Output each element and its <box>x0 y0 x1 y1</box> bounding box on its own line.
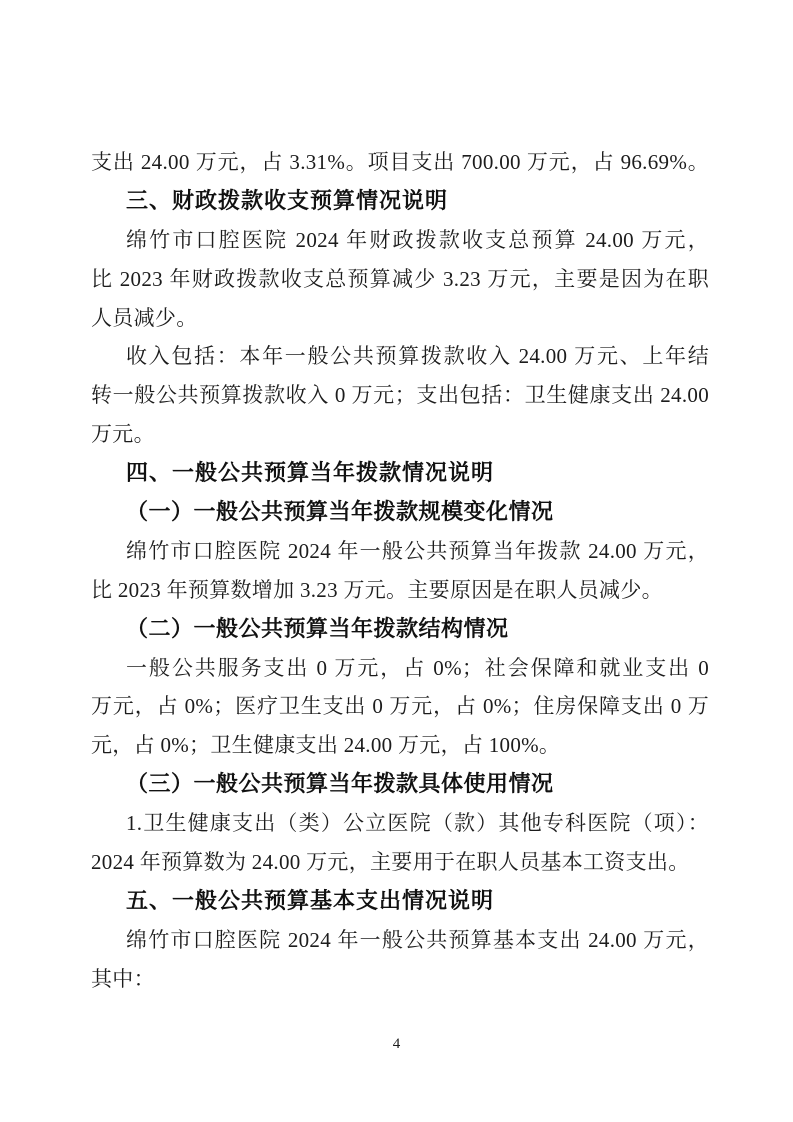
text-line: 元，占 0%；卫生健康支出 24.00 万元，占 100%。 <box>91 726 709 765</box>
text-line: 收入包括：本年一般公共预算拨款收入 24.00 万元、上年结 <box>91 337 709 376</box>
text-line: 比 2023 年财政拨款收支总预算减少 3.23 万元，主要是因为在职 <box>91 260 709 299</box>
text-line: 比 2023 年预算数增加 3.23 万元。主要原因是在职人员减少。 <box>91 571 709 610</box>
text-line: 绵竹市口腔医院 2024 年一般公共预算当年拨款 24.00 万元， <box>91 532 709 571</box>
text-line: 万元。 <box>91 415 709 454</box>
section-heading: （二）一般公共预算当年拨款结构情况 <box>91 610 709 649</box>
text-line: 支出 24.00 万元，占 3.31%。项目支出 700.00 万元，占 96.… <box>91 143 709 182</box>
text-line: 一般公共服务支出 0 万元，占 0%；社会保障和就业支出 0 <box>91 649 709 688</box>
document-body: 支出 24.00 万元，占 3.31%。项目支出 700.00 万元，占 96.… <box>91 143 709 999</box>
document-page: 支出 24.00 万元，占 3.31%。项目支出 700.00 万元，占 96.… <box>0 0 793 1122</box>
section-heading: 五、一般公共预算基本支出情况说明 <box>91 882 709 921</box>
text-line: 2024 年预算数为 24.00 万元，主要用于在职人员基本工资支出。 <box>91 843 709 882</box>
text-line: 其中： <box>91 960 709 999</box>
section-heading: 三、财政拨款收支预算情况说明 <box>91 182 709 221</box>
text-line: 绵竹市口腔医院 2024 年财政拨款收支总预算 24.00 万元， <box>91 221 709 260</box>
section-heading: （一）一般公共预算当年拨款规模变化情况 <box>91 493 709 532</box>
text-line: 万元，占 0%；医疗卫生支出 0 万元，占 0%；住房保障支出 0 万 <box>91 687 709 726</box>
section-heading: 四、一般公共预算当年拨款情况说明 <box>91 454 709 493</box>
text-line: 绵竹市口腔医院 2024 年一般公共预算基本支出 24.00 万元， <box>91 921 709 960</box>
section-heading: （三）一般公共预算当年拨款具体使用情况 <box>91 765 709 804</box>
text-line: 人员减少。 <box>91 299 709 338</box>
page-number: 4 <box>0 1036 793 1053</box>
text-line: 转一般公共预算拨款收入 0 万元；支出包括：卫生健康支出 24.00 <box>91 376 709 415</box>
text-line: 1.卫生健康支出（类）公立医院（款）其他专科医院（项）： <box>91 804 709 843</box>
